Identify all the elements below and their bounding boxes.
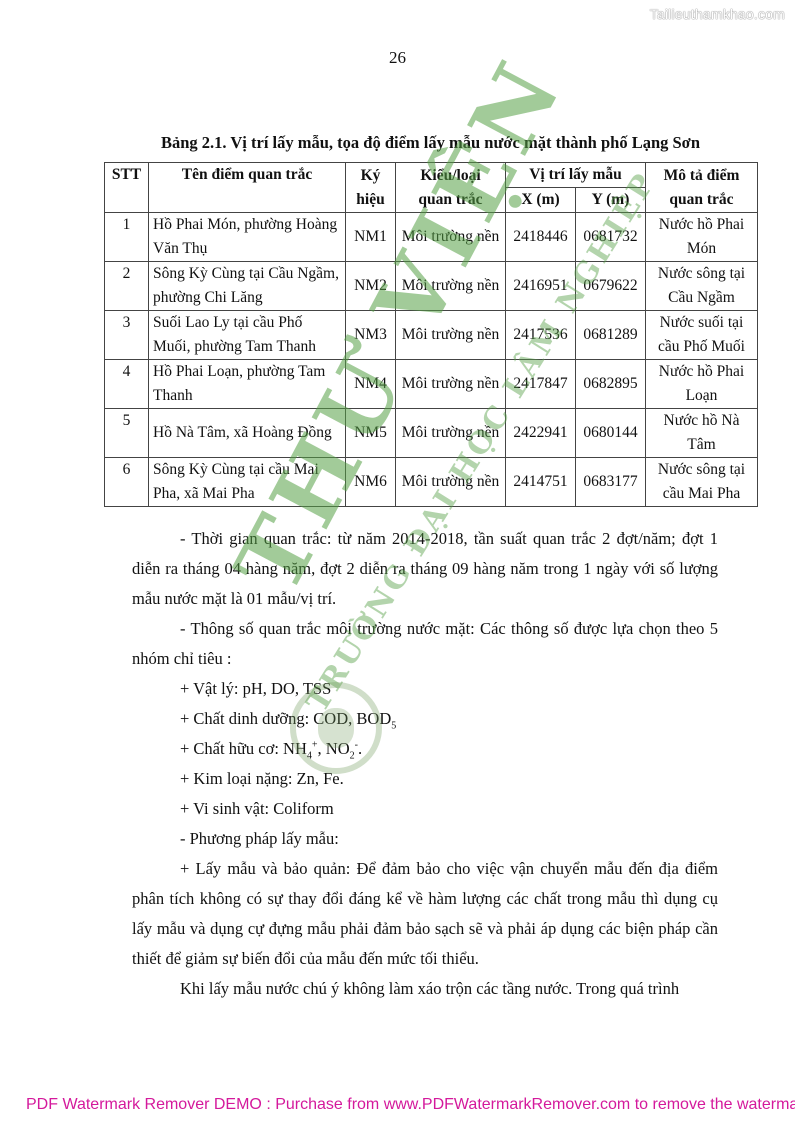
cell-stt: 5: [105, 409, 149, 458]
paragraph-parameters: - Thông số quan trắc môi trường nước mặt…: [132, 614, 718, 674]
cell-code: NM4: [346, 360, 396, 409]
header-x: X (m): [506, 188, 576, 213]
cell-stt: 6: [105, 458, 149, 507]
cell-code: NM3: [346, 311, 396, 360]
body-text: - Thời gian quan trắc: từ năm 2014-2018,…: [132, 524, 718, 1004]
cell-description: Nước suối tại cầu Phố Muối: [646, 311, 758, 360]
cell-name: Hồ Phai Loạn, phường Tam Thanh: [149, 360, 346, 409]
cell-stt: 1: [105, 213, 149, 262]
cell-type: Môi trường nền: [396, 213, 506, 262]
cell-name: Hồ Nà Tâm, xã Hoàng Đồng: [149, 409, 346, 458]
cell-type: Môi trường nền: [396, 409, 506, 458]
bullet-nutrients: + Chất dinh dưỡng: COD, BOD5: [132, 704, 718, 734]
cell-stt: 3: [105, 311, 149, 360]
page-number: 26: [0, 48, 795, 68]
cell-y: 0680144: [576, 409, 646, 458]
paragraph-storage: + Lấy mẫu và bảo quản: Để đảm bảo cho vi…: [132, 854, 718, 974]
paragraph-monitoring-time: - Thời gian quan trắc: từ năm 2014-2018,…: [132, 524, 718, 614]
cell-x: 2418446: [506, 213, 576, 262]
cell-code: NM6: [346, 458, 396, 507]
cell-description: Nước sông tại Cầu Ngầm: [646, 262, 758, 311]
bullet-physical: + Vật lý: pH, DO, TSS: [132, 674, 718, 704]
header-code: Kýhiệu: [346, 163, 396, 213]
table-row: 3Suối Lao Ly tại cầu Phố Muối, phường Ta…: [105, 311, 758, 360]
cell-x: 2417847: [506, 360, 576, 409]
table-row: 2Sông Kỳ Cùng tại Cầu Ngầm, phường Chi L…: [105, 262, 758, 311]
site-watermark: Tailieuthamkhao.com: [650, 6, 785, 22]
table-caption: Bảng 2.1. Vị trí lấy mẫu, tọa độ điểm lấ…: [104, 133, 757, 153]
cell-type: Môi trường nền: [396, 262, 506, 311]
cell-stt: 4: [105, 360, 149, 409]
sampling-locations-table: STT Tên điểm quan trắc Kýhiệu Kiểu/loạiq…: [104, 162, 758, 507]
cell-code: NM1: [346, 213, 396, 262]
table-row: 5Hồ Nà Tâm, xã Hoàng ĐồngNM5Môi trường n…: [105, 409, 758, 458]
cell-x: 2422941: [506, 409, 576, 458]
header-type: Kiểu/loạiquan trắc: [396, 163, 506, 213]
cell-name: Suối Lao Ly tại cầu Phố Muối, phường Tam…: [149, 311, 346, 360]
cell-y: 0681732: [576, 213, 646, 262]
paragraph-method: - Phương pháp lấy mẫu:: [132, 824, 718, 854]
cell-y: 0679622: [576, 262, 646, 311]
cell-x: 2416951: [506, 262, 576, 311]
cell-type: Môi trường nền: [396, 311, 506, 360]
cell-description: Nước hồ Phai Món: [646, 213, 758, 262]
cell-y: 0683177: [576, 458, 646, 507]
paragraph-note: Khi lấy mẫu nước chú ý không làm xáo trộ…: [132, 974, 718, 1004]
cell-description: Nước hồ Phai Loạn: [646, 360, 758, 409]
demo-banner: PDF Watermark Remover DEMO : Purchase fr…: [26, 1096, 795, 1114]
table-row: 1Hồ Phai Món, phường Hoàng Văn ThụNM1Môi…: [105, 213, 758, 262]
cell-y: 0681289: [576, 311, 646, 360]
cell-name: Sông Kỳ Cùng tại Cầu Ngầm, phường Chi Lă…: [149, 262, 346, 311]
cell-type: Môi trường nền: [396, 360, 506, 409]
cell-name: Hồ Phai Món, phường Hoàng Văn Thụ: [149, 213, 346, 262]
bullet-heavy-metals: + Kim loại nặng: Zn, Fe.: [132, 764, 718, 794]
bullet-organic: + Chất hữu cơ: NH4+, NO2-.: [132, 734, 718, 764]
cell-description: Nước sông tại cầu Mai Pha: [646, 458, 758, 507]
cell-x: 2417536: [506, 311, 576, 360]
table-row: 4Hồ Phai Loạn, phường Tam ThanhNM4Môi tr…: [105, 360, 758, 409]
header-description: Mô tả điểmquan trắc: [646, 163, 758, 213]
cell-code: NM5: [346, 409, 396, 458]
cell-y: 0682895: [576, 360, 646, 409]
header-stt: STT: [105, 163, 149, 213]
cell-type: Môi trường nền: [396, 458, 506, 507]
cell-x: 2414751: [506, 458, 576, 507]
header-location: Vị trí lấy mẫu: [506, 163, 646, 188]
bullet-microbes: + Vi sinh vật: Coliform: [132, 794, 718, 824]
table-row: 6Sông Kỳ Cùng tại cầu Mai Pha, xã Mai Ph…: [105, 458, 758, 507]
header-y: Y (m): [576, 188, 646, 213]
cell-description: Nước hồ Nà Tâm: [646, 409, 758, 458]
cell-code: NM2: [346, 262, 396, 311]
header-name: Tên điểm quan trắc: [149, 163, 346, 213]
cell-name: Sông Kỳ Cùng tại cầu Mai Pha, xã Mai Pha: [149, 458, 346, 507]
cell-stt: 2: [105, 262, 149, 311]
